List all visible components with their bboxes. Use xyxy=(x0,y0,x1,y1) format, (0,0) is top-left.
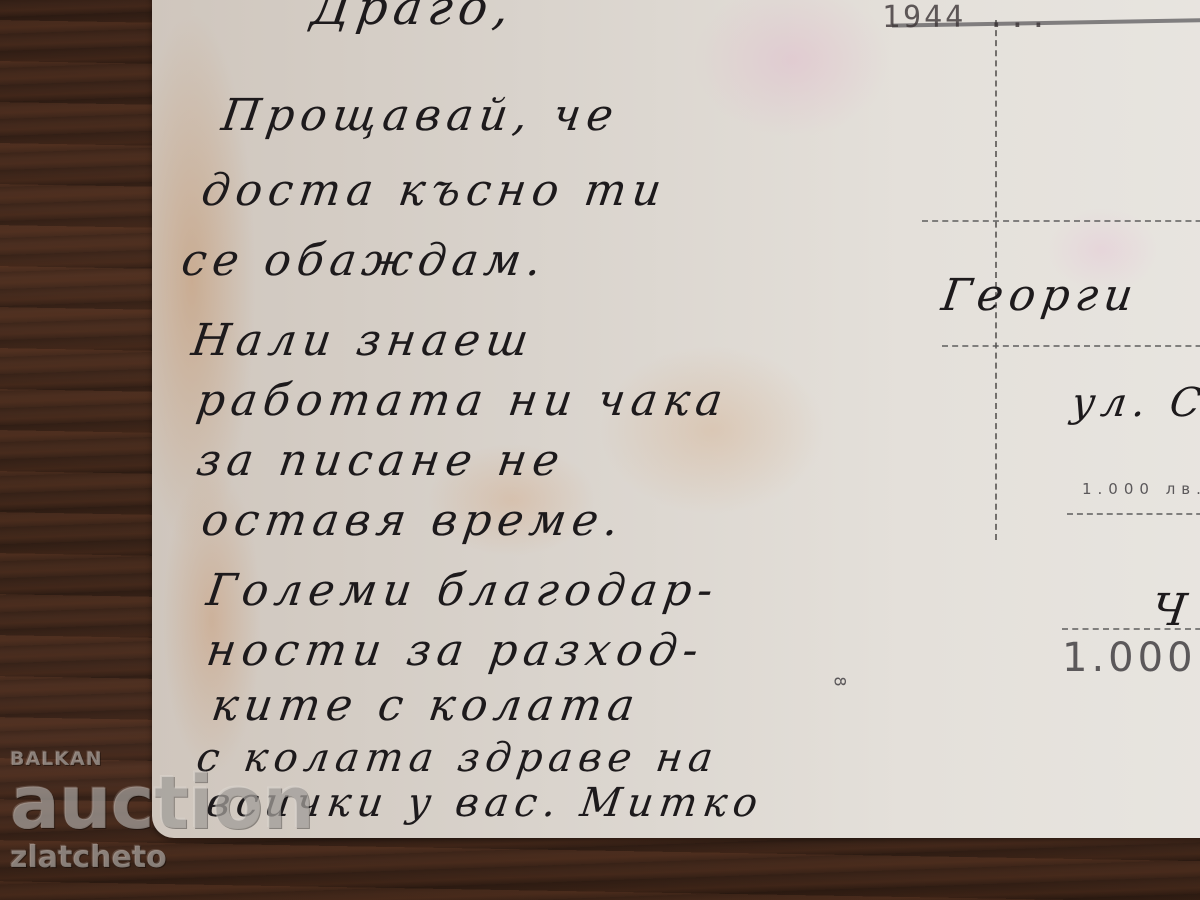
postmark: 1944 ... xyxy=(882,0,1200,60)
message-line: ности за разход- xyxy=(203,625,707,676)
message-line: ките с колата xyxy=(208,680,643,731)
message-line: за писане не xyxy=(193,435,568,486)
message-line: доста късно ти xyxy=(198,165,670,216)
message-line: оставя време. xyxy=(198,495,627,546)
message-line: работата ни чака xyxy=(193,375,731,426)
message-line: Прощавай, че xyxy=(218,90,622,141)
watermark-line-2: auction xyxy=(10,760,314,846)
address-line-1 xyxy=(922,220,1200,222)
side-marker: 8 xyxy=(831,676,850,692)
amount-small: 1.000 лв. xyxy=(1082,480,1200,498)
address-line-3 xyxy=(1067,513,1200,515)
postcard: Драго, Прощавай, че доста късно ти се об… xyxy=(152,0,1200,838)
message-line: Нали знаеш xyxy=(188,315,537,366)
recipient-street: ул. С xyxy=(1069,380,1200,426)
amount-large: 1.000 xyxy=(1062,635,1197,681)
message-line: се обаждам. xyxy=(178,235,550,286)
watermark-line-3: zlatcheto xyxy=(10,840,167,875)
recipient-city: Ч xyxy=(1148,585,1195,636)
recipient-name: Георги xyxy=(938,270,1142,321)
message-line: Големи благодар- xyxy=(203,565,722,616)
address-line-2 xyxy=(942,345,1200,347)
greeting-text: Драго, xyxy=(308,0,519,36)
